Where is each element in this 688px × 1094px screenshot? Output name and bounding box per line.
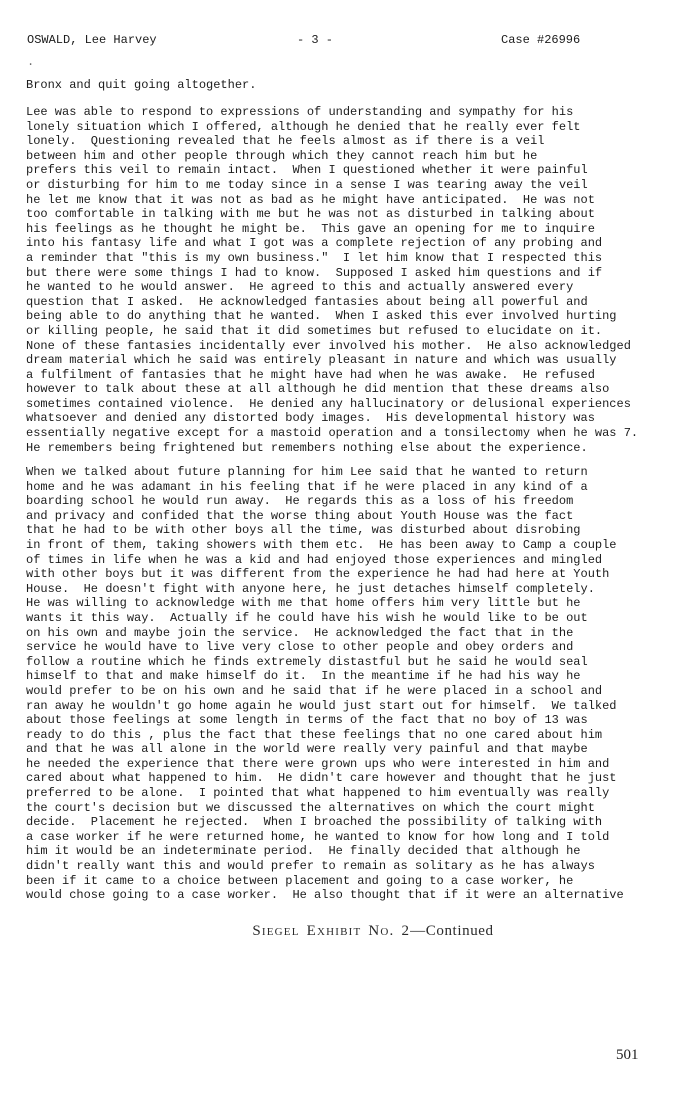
page-folio-number: 501 (616, 1047, 639, 1064)
header-case-number: Case #26996 (501, 33, 580, 48)
header-subject-name: OSWALD, Lee Harvey (27, 33, 157, 48)
report-paragraph-2: When we talked about future planning for… (26, 465, 624, 903)
exhibit-caption-smallcaps: Siegel Exhibit No. 2 (252, 923, 410, 939)
header-page-label: - 3 - (297, 33, 333, 48)
exhibit-caption: Siegel Exhibit No. 2—Continued (0, 923, 688, 940)
exhibit-caption-rest: —Continued (410, 923, 494, 939)
report-paragraph-1: Lee was able to respond to expressions o… (26, 105, 638, 455)
intro-line: Bronx and quit going altogether. (26, 78, 256, 93)
stray-ink-dot: . (27, 55, 34, 70)
